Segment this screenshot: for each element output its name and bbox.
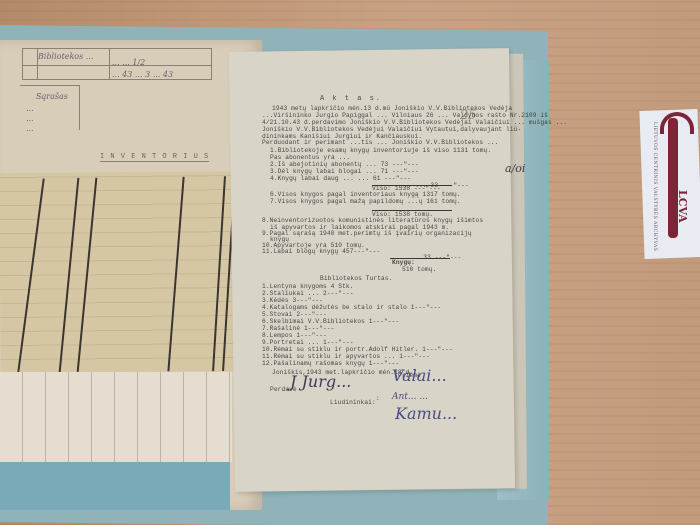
ledger-column-line [59,178,79,372]
document-line: 7.Visos knygos pagal mažą papildomų ...ų… [270,199,461,205]
ledger-sheet [0,171,249,373]
document-line: 9.Pagal sąrašą 1940 met.perimtų iš įvair… [262,231,472,237]
handwritten-text: Bibliotekos ... [38,52,93,61]
handwritten-note: ... [26,124,34,133]
ledger-column-line [77,178,97,372]
document-line: Perduodant ir perimant ...tis ... Jonišk… [262,140,498,146]
archive-acronym: LCVA [676,190,689,223]
archive-name: LIETUVOS CENTRINIS VALSTYBĖS ARCHYVAS [647,122,657,252]
ledger-column-line [17,179,44,373]
received-label: Priėmė [398,373,421,379]
ledger-lower-sheet [0,372,232,462]
handed-over-label: Perdavė [270,387,297,393]
table-rule [109,49,110,79]
signature-witness-2: Kamu... [395,404,457,423]
witnesses-label: Liudininkai: [330,400,376,406]
folder-handwritten-annotation: a/oi [505,162,525,175]
handwritten-note: ... [26,114,34,123]
signature-witness-1: Ant... ... [392,392,428,402]
document-line: 11.Labai blogų knygų 457---"--- [262,249,380,255]
document-title: A k t a s. [320,96,382,103]
handwritten-note: ... [26,104,34,113]
inventory-heading: I N V E N T O R I U S [100,153,209,162]
ledger-column-line [167,177,184,372]
handwritten-text: ... ... 1/2 [112,58,145,67]
folder-bottom-strip [0,462,230,510]
document-line: 510 tomų. [402,267,436,273]
signature-handed-over: J Jurg... [290,372,351,391]
document-line: Bibliotekos Turtas. [320,276,392,282]
document-line: 12.Pašalinamų rašomas knygų 1---"--- [262,361,399,367]
handwritten-text: ... 43 ... 3 ... 43 [112,70,173,79]
handwritten-note: Sąrašas [36,92,68,101]
document-line: 4.Knygų labai daug ... ... 61 ---"--- [270,176,411,182]
witness-dots: : [376,396,380,402]
